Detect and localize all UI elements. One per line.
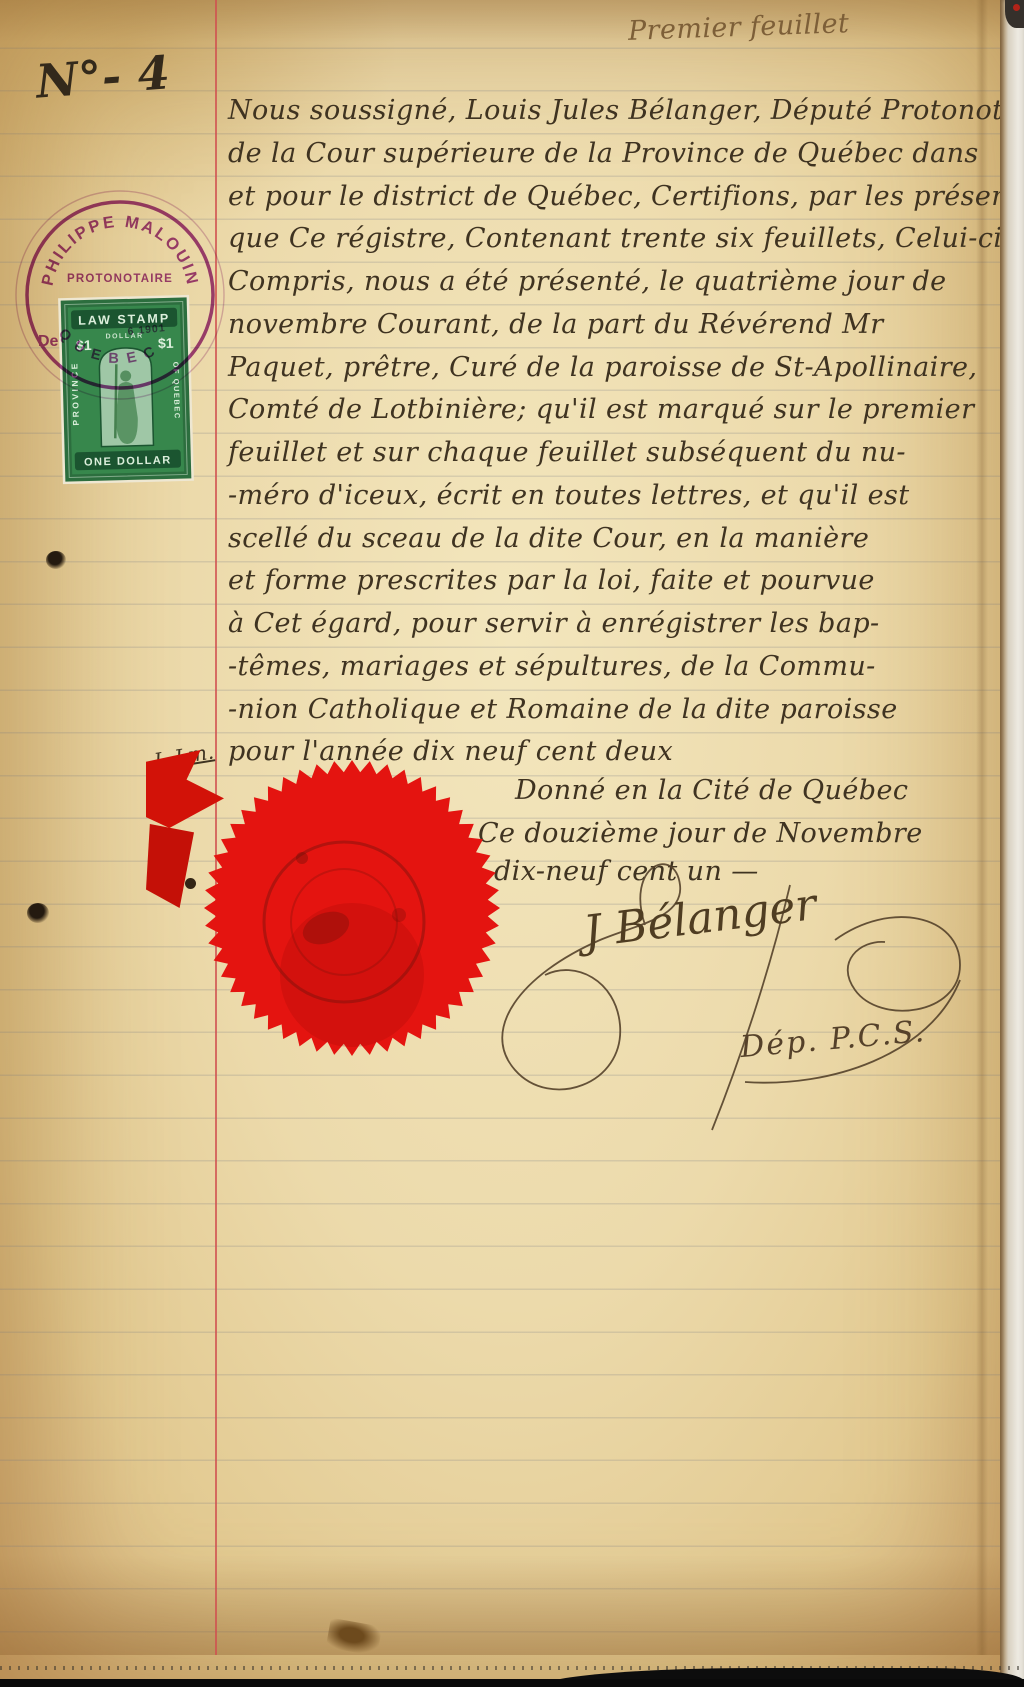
punch-hole xyxy=(46,551,66,569)
law-stamp-bottom-label: ONE DOLLAR xyxy=(84,454,172,468)
handwritten-line: Paquet, prêtre, Curé de la paroisse de S… xyxy=(228,352,977,383)
signature-flourish xyxy=(440,830,1000,1140)
handwritten-line: -nion Catholique et Romaine de la dite p… xyxy=(228,694,898,725)
notary-title: PROTONOTAIRE xyxy=(67,273,173,285)
page-stack-edge-right xyxy=(1000,0,1024,1687)
scanned-register-page: Premier feuillet N°- 4 LAW STAMP DOLLAR … xyxy=(0,0,1024,1687)
emboss-blotch xyxy=(392,908,406,922)
handwritten-line: novembre Courant, de la part du Révérend… xyxy=(228,309,884,340)
handwritten-line: à Cet égard, pour servir à enrégistrer l… xyxy=(228,608,880,639)
handwritten-line: -méro d'iceux, écrit en toutes lettres, … xyxy=(228,480,910,511)
handwritten-line: de la Cour supérieure de la Province de … xyxy=(228,138,979,169)
notary-date-overprint: 6 1901 xyxy=(127,322,166,338)
handwritten-line: et forme prescrites par la loi, faite et… xyxy=(228,565,875,596)
notary-date-left: De xyxy=(38,333,59,350)
handwritten-line: Nous soussigné, Louis Jules Bélanger, Dé… xyxy=(228,95,1024,126)
emboss-blotch xyxy=(296,852,308,864)
handwritten-line: que Ce régistre, Contenant trente six fe… xyxy=(228,223,1002,254)
ink-blot xyxy=(185,878,196,889)
closing-line: Donné en la Cité de Québec xyxy=(515,775,908,806)
signature-stroke xyxy=(835,917,960,1011)
handwritten-line: et pour le district de Québec, Certifion… xyxy=(228,181,1024,212)
notary-round-stamp: PHILIPPE MALOUIN PROTONOTAIRE De 6 1901 … xyxy=(8,183,232,407)
handwritten-line: feuillet et sur chaque feuillet subséque… xyxy=(228,437,906,468)
handwritten-line: scellé du sceau de la dite Cour, en la m… xyxy=(228,523,869,554)
page-number-label: N°- 4 xyxy=(34,45,172,108)
scan-background xyxy=(0,1679,1024,1687)
handwritten-line: -têmes, mariages et sépultures, de la Co… xyxy=(228,651,876,682)
handwritten-line: Comté de Lotbinière; qu'il est marqué su… xyxy=(228,394,974,425)
handwritten-line: Compris, nous a été présenté, le quatriè… xyxy=(228,266,947,297)
red-mark xyxy=(1013,4,1020,11)
punch-hole xyxy=(27,903,49,923)
